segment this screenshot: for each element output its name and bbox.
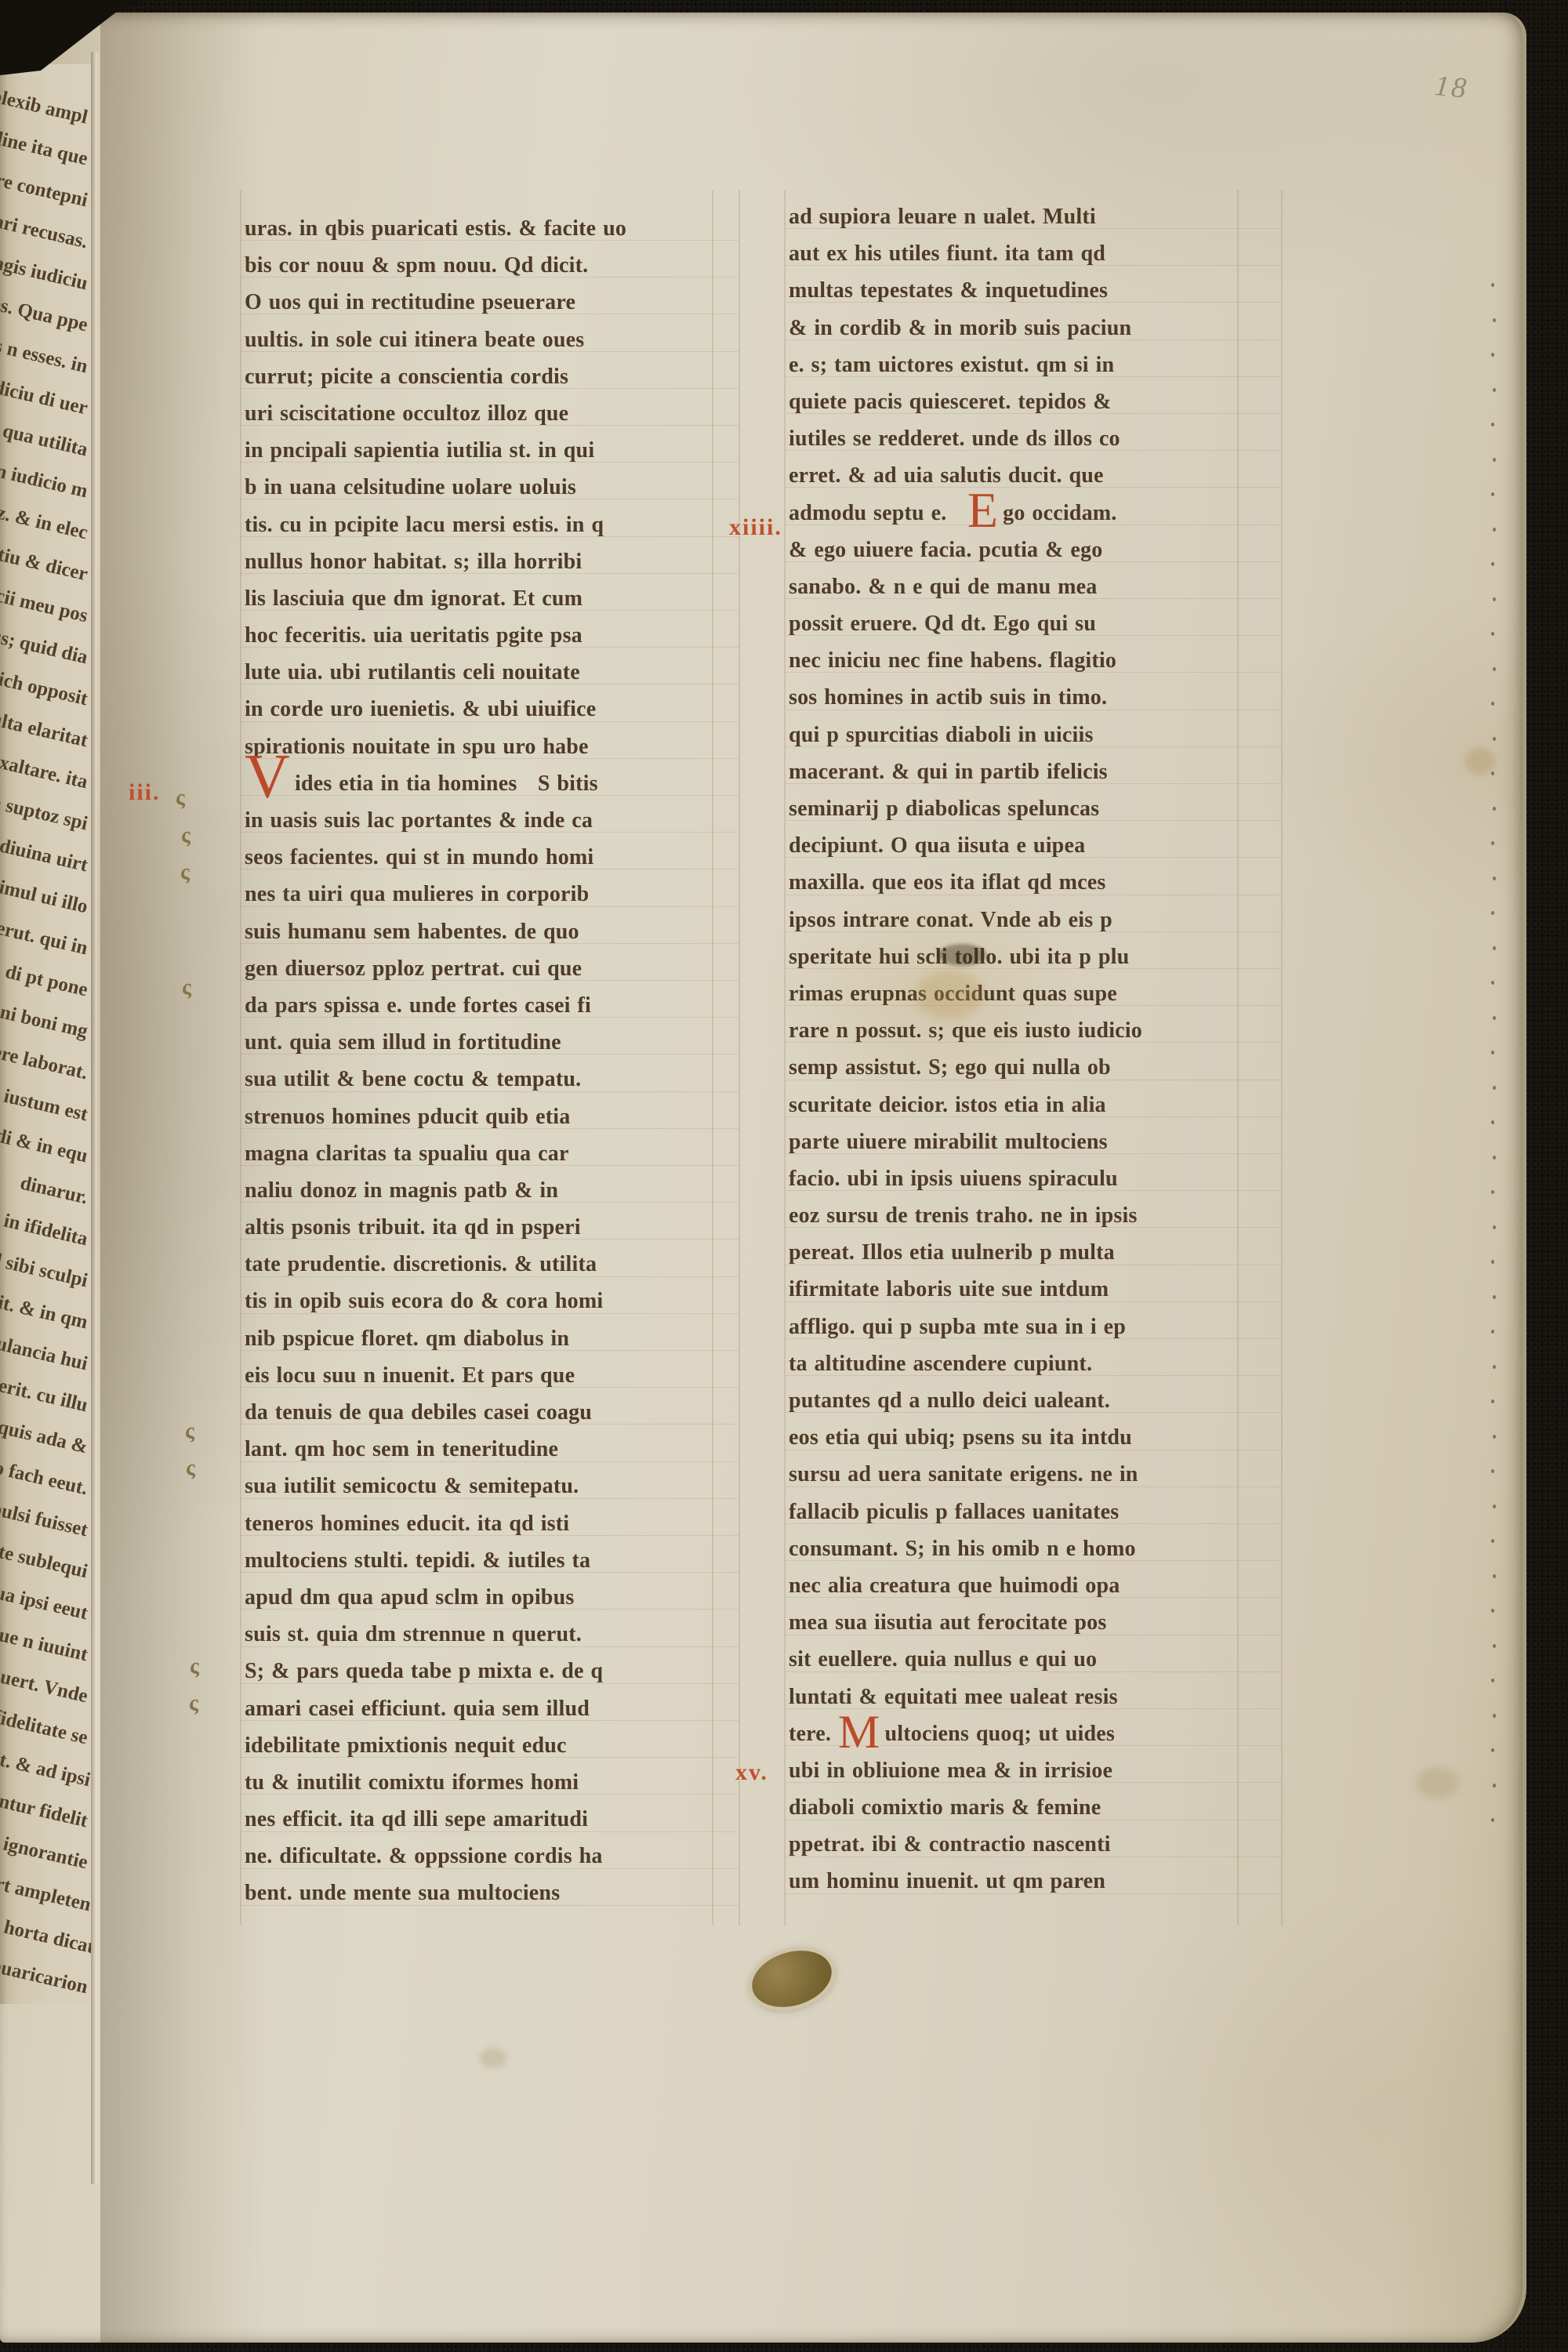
ruling-vertical (240, 190, 241, 1926)
text-line: currut; picite a conscientia cordis (245, 358, 718, 395)
pricking-hole (1491, 562, 1494, 566)
text-line: ifirmitate laboris uite sue intdum (789, 1271, 1254, 1308)
stain (916, 971, 983, 1019)
text-line: uras. in qbis puaricati estis. & facite … (245, 210, 718, 247)
text-line: putantes qd a nullo deici ualeant. (789, 1382, 1254, 1419)
pricking-hole (1493, 1784, 1496, 1788)
pricking-hole (1493, 877, 1496, 880)
pricking-hole (1493, 946, 1496, 950)
text-line: suis st. quia dm strennue n querut. (245, 1616, 718, 1653)
pricking-hole (1491, 1748, 1494, 1752)
text-line: nes efficit. ita qd illi sepe amaritudi (245, 1801, 718, 1838)
margin-nota-mark: ς (185, 1419, 194, 1444)
pricking-hole (1493, 1574, 1496, 1578)
text-line: tere. Multociens quoq; ut uides (789, 1715, 1254, 1752)
pricking-hole (1491, 1539, 1494, 1543)
pricking-hole (1491, 1609, 1494, 1613)
pricking-hole (1491, 702, 1494, 706)
pricking-hole (1491, 1818, 1494, 1822)
text-line: erret. & ad uia salutis ducit. que (789, 457, 1254, 494)
text-line: da pars spissa e. unde fortes casei fi (245, 987, 718, 1024)
stain (480, 2048, 506, 2068)
book-spine-page-edges: amplexib ampltitudine ita quee. scire co… (0, 64, 91, 2004)
pricking-hole (1491, 1120, 1494, 1124)
text-line: admodu septu e. Ego occidam. (789, 495, 1254, 532)
text-line: rare n possut. s; que eis iusto iudicio (789, 1012, 1254, 1049)
pricking-hole (1493, 737, 1496, 741)
pricking-hole (1491, 1330, 1494, 1334)
pricking-hole (1493, 1644, 1496, 1648)
text-line: speritate hui scli tollo. ubi ita p plu (789, 938, 1254, 975)
text-line: strenuos homines pducit quib etia (245, 1098, 718, 1135)
text-line: facio. ubi in ipsis uiuens spiraculu (789, 1160, 1254, 1197)
text-line: gen diuersoz pploz pertrat. cui que (245, 950, 718, 987)
text-line: eis locu suu n inuenit. Et pars que (245, 1357, 718, 1394)
text-line: spirationis nouitate in spu uro habe (245, 728, 718, 765)
text-line: ipsos intrare conat. Vnde ab eis p (789, 902, 1254, 938)
pricking-hole (1493, 1435, 1496, 1439)
text-line: da tenuis de qua debiles casei coagu (245, 1394, 718, 1431)
text-line: aut ex his utiles fiunt. ita tam qd (789, 235, 1254, 272)
text-line: um hominu inuenit. ut qm paren (789, 1863, 1254, 1900)
text-line: e. s; tam uictores existut. qm si in (789, 347, 1254, 383)
margin-nota-mark: ς (180, 860, 190, 885)
text-line: bis cor nouu & spm nouu. Qd dicit. (245, 247, 718, 284)
stain (1465, 748, 1496, 775)
pricking-hole (1493, 1225, 1496, 1229)
text-line: eoz sursu de trenis traho. ne in ipsis (789, 1197, 1254, 1234)
text-line: nec iniciu nec fine habens. flagitio (789, 642, 1254, 679)
text-line: nec alia creatura que huimodi opa (789, 1567, 1254, 1604)
text-line: affligo. qui p supba mte sua in i ep (789, 1308, 1254, 1345)
text-line: macerant. & qui in partib ifelicis (789, 753, 1254, 790)
text-line: in corde uro iuenietis. & ubi uiuifice (245, 691, 718, 728)
text-line: sursu ad uera sanitate erigens. ne in (789, 1456, 1254, 1493)
ruling-vertical (1281, 190, 1283, 1926)
text-line: & ego uiuere facia. pcutia & ego (789, 532, 1254, 568)
text-line: diaboli comixtio maris & femine (789, 1789, 1254, 1826)
pricking-hole (1491, 632, 1494, 636)
folio-number: 18 (1433, 69, 1470, 106)
text-line: teneros homines educit. ita qd isti (245, 1505, 718, 1542)
text-line: O uos qui in rectitudine pseuerare (245, 284, 718, 321)
pricking-hole (1493, 1156, 1496, 1160)
text-line: apud dm qua apud sclm in opibus (245, 1579, 718, 1616)
margin-nota-mark: ς (181, 823, 191, 848)
text-line: qui p spurcitias diaboli in uiciis (789, 717, 1254, 753)
pricking-hole (1493, 1504, 1496, 1508)
text-line: sua iutilit semicoctu & semitepatu. (245, 1468, 718, 1504)
ruling-vertical (739, 190, 740, 1926)
text-line: tis. cu in pcipite lacu mersi estis. in … (245, 506, 718, 543)
text-line: rimas erupnas occidunt quas supe (789, 975, 1254, 1012)
text-line: parte uiuere mirabilit multociens (789, 1123, 1254, 1160)
pricking-hole (1493, 807, 1496, 811)
margin-nota-mark: ς (182, 975, 191, 1000)
text-line: iutiles se redderet. unde ds illos co (789, 420, 1254, 457)
margin-chapter-numeral: iii. (129, 779, 161, 806)
text-line: fallacib piculis p fallaces uanitates (789, 1494, 1254, 1530)
pricking-hole (1493, 528, 1496, 532)
text-line: sua utilit & bene coctu & tempatu. (245, 1061, 718, 1098)
text-line: multociens stulti. tepidi. & iutiles ta (245, 1542, 718, 1579)
text-line: ubi in obliuione mea & in irrisioe (789, 1752, 1254, 1789)
text-line: bent. unde mente sua multociens (245, 1875, 718, 1911)
ink-smudge (938, 944, 986, 966)
text-line: idebilitate pmixtionis nequit educ (245, 1727, 718, 1764)
pricking-hole (1493, 1295, 1496, 1299)
pricking-hole (1491, 1399, 1494, 1403)
text-line: b in uana celsitudine uolare uoluis (245, 469, 718, 506)
margin-chapter-numeral: xiiii. (729, 514, 782, 541)
text-line: hoc feceritis. uia ueritatis pgite psa (245, 617, 718, 654)
text-line: S; & pars queda tabe p mixta e. de q (245, 1653, 718, 1690)
ruling-vertical (784, 190, 786, 1926)
pricking-hole (1491, 1469, 1494, 1473)
pricking-hole (1491, 1051, 1494, 1054)
text-line: uri sciscitatione occultoz illoz que (245, 395, 718, 432)
pricking-hole (1491, 841, 1494, 845)
text-line: ppetrat. ibi & contractio nascenti (789, 1826, 1254, 1863)
pricking-hole (1491, 283, 1494, 287)
text-line: quiete pacis quiesceret. tepidos & (789, 383, 1254, 420)
text-line: lis lasciuia que dm ignorat. Et cum (245, 580, 718, 617)
text-line: lant. qm hoc sem in teneritudine (245, 1431, 718, 1468)
pricking-hole (1491, 492, 1494, 496)
pricking-hole (1491, 981, 1494, 985)
text-line: tis in opib suis ecora do & cora homi (245, 1283, 718, 1319)
text-line: unt. quia sem illud in fortitudine (245, 1024, 718, 1061)
text-line: altis psonis tribuit. ita qd in psperi (245, 1209, 718, 1246)
pricking-hole (1491, 1190, 1494, 1194)
spine-text-fragment: amplexib ampl (0, 69, 89, 129)
text-line: sos homines in actib suis in timo. (789, 679, 1254, 716)
text-line: scuritate deicior. istos etia in alia (789, 1087, 1254, 1123)
pricking-hole (1493, 318, 1496, 322)
text-line: ad supiora leuare n ualet. Multi (789, 198, 1254, 235)
pricking-hole (1493, 1714, 1496, 1718)
text-line: mea sua iisutia aut ferocitate pos (789, 1604, 1254, 1641)
pricking-hole (1491, 423, 1494, 426)
text-line: maxilla. que eos ita iflat qd mces (789, 864, 1254, 901)
pricking-hole (1493, 1086, 1496, 1090)
margin-nota-mark: ς (186, 1456, 195, 1481)
pricking-hole (1491, 911, 1494, 915)
text-line: in uasis suis lac portantes & inde ca (245, 802, 718, 839)
text-line: ne. dificultate. & oppssione cordis ha (245, 1838, 718, 1875)
text-line: nes ta uiri qua mulieres in corporib (245, 876, 718, 913)
text-line: & in cordib & in morib suis paciun (789, 310, 1254, 347)
pricking-hole (1491, 353, 1494, 357)
text-line: in pncipali sapientia iutilia st. in qui (245, 432, 718, 469)
text-line: sanabo. & n e qui de manu mea (789, 568, 1254, 605)
margin-nota-mark: ς (189, 1691, 198, 1716)
pricking-hole (1493, 667, 1496, 671)
pricking-hole (1491, 771, 1494, 775)
text-line: semp assistut. S; ego qui nulla ob (789, 1049, 1254, 1086)
stain (1416, 1767, 1458, 1798)
text-column-right: ad supiora leuare n ualet. Multiaut ex h… (789, 198, 1254, 1900)
text-line: decipiunt. O qua iisuta e uipea (789, 827, 1254, 864)
text-line: ta altitudine ascendere cupiunt. (789, 1345, 1254, 1382)
text-line: possit eruere. Qd dt. Ego qui su (789, 605, 1254, 642)
manuscript-page: amplexib ampltitudine ita quee. scire co… (0, 13, 1526, 2343)
margin-nota-mark: ς (176, 786, 185, 811)
text-line: pereat. Illos etia uulnerib p multa (789, 1234, 1254, 1271)
text-column-left: uras. in qbis puaricati estis. & facite … (245, 210, 718, 1912)
text-line: tu & inutilit comixtu iformes homi (245, 1764, 718, 1801)
text-line: lute uia. ubi rutilantis celi nouitate (245, 654, 718, 691)
text-line: Vides etia in tia homines S bitis (245, 765, 718, 802)
pricking-hole (1493, 1365, 1496, 1369)
text-line: amari casei efficiunt. quia sem illud (245, 1690, 718, 1727)
text-line: nullus honor habitat. s; illa horribi (245, 543, 718, 580)
pricking-hole (1493, 1016, 1496, 1020)
text-line: tate prudentie. discretionis. & utilita (245, 1246, 718, 1283)
pricking-hole (1493, 388, 1496, 392)
text-line: naliu donoz in magnis patb & in (245, 1172, 718, 1209)
pricking-hole (1493, 597, 1496, 601)
text-line: eos etia qui ubiq; psens su ita intdu (789, 1419, 1254, 1456)
manuscript-photo: amplexib ampltitudine ita quee. scire co… (0, 0, 1568, 2352)
margin-nota-mark: ς (190, 1654, 199, 1679)
margin-chapter-numeral: xv. (735, 1759, 768, 1786)
parchment-hole (745, 1941, 838, 2016)
pricking-hole (1493, 458, 1496, 462)
page-fold-crease (91, 52, 100, 2184)
text-line: seos facientes. qui st in mundo homi (245, 839, 718, 876)
text-line: multas tepestates & inquetudines (789, 272, 1254, 309)
pricking-hole (1491, 1260, 1494, 1264)
text-line: consumant. S; in his omib n e homo (789, 1530, 1254, 1567)
text-line: magna claritas ta spualiu qua car (245, 1135, 718, 1172)
pricking-hole (1491, 1679, 1494, 1682)
text-line: suis humanu sem habentes. de quo (245, 913, 718, 950)
text-line: uultis. in sole cui itinera beate oues (245, 321, 718, 358)
text-line: seminarij p diabolicas speluncas (789, 790, 1254, 827)
text-line: nib pspicue floret. qm diabolus in (245, 1320, 718, 1357)
text-line: sit euellere. quia nullus e qui uo (789, 1641, 1254, 1678)
